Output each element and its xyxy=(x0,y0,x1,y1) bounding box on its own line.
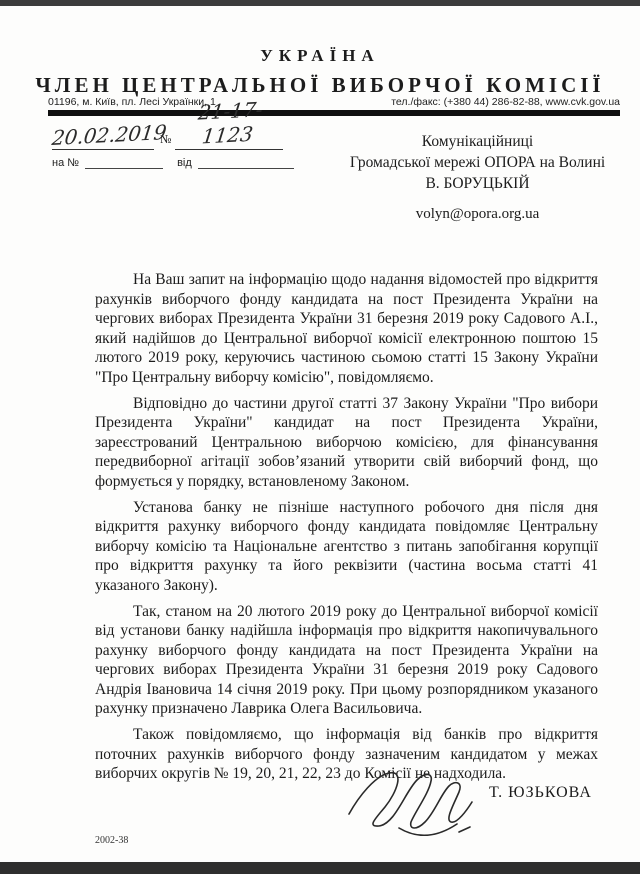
signatory-name: Т. ЮЗЬКОВА xyxy=(489,784,592,802)
reply-number-blank xyxy=(85,156,163,169)
scanned-letter-page: УКРАЇНА ЧЛЕН ЦЕНТРАЛЬНОЇ ВИБОРЧОЇ КОМІСІ… xyxy=(0,0,640,874)
outgoing-reference-block: 20.02.2019 № 21-17-1123 на № від xyxy=(52,122,312,169)
outgoing-number-line: 20.02.2019 № 21-17-1123 xyxy=(52,122,312,150)
organization-title: ЧЛЕН ЦЕНТРАЛЬНОЇ ВИБОРЧОЇ КОМІСІЇ xyxy=(0,73,640,98)
signature-scribble xyxy=(345,764,475,836)
reply-number-label: на № xyxy=(52,157,79,169)
body-paragraph: Так, станом на 20 лютого 2019 року до Це… xyxy=(95,602,598,720)
letterhead-contact-row: 01196, м. Київ, пл. Лесі Українки, 1 тел… xyxy=(48,96,620,108)
recipient-block: Комунікаційниці Громадської мережі ОПОРА… xyxy=(325,131,630,225)
top-scan-bar xyxy=(0,0,640,6)
body-paragraph: На Ваш запит на інформацію щодо надання … xyxy=(95,270,598,388)
handwritten-date: 20.02.2019 xyxy=(51,120,168,150)
recipient-email: volyn@opora.org.ua xyxy=(325,204,630,225)
reply-date-blank xyxy=(198,156,294,169)
letter-body: На Ваш запит на інформацію щодо надання … xyxy=(95,270,598,790)
bottom-scan-bar xyxy=(0,862,640,874)
reply-date-label: від xyxy=(177,157,192,169)
letterhead-divider-rule xyxy=(48,110,620,116)
body-paragraph: Установа банку не пізніше наступного роб… xyxy=(95,498,598,596)
country-title: УКРАЇНА xyxy=(0,46,640,66)
letterhead: УКРАЇНА ЧЛЕН ЦЕНТРАЛЬНОЇ ВИБОРЧОЇ КОМІСІ… xyxy=(0,46,640,98)
recipient-name: В. БОРУЦЬКІЙ xyxy=(325,173,630,194)
org-phone-website: тел./факс: (+380 44) 286-82-88, www.cvk.… xyxy=(391,96,620,108)
reply-reference-line: на № від xyxy=(52,156,312,169)
document-code: 2002-38 xyxy=(95,835,128,846)
recipient-organization: Громадської мережі ОПОРА на Волині xyxy=(325,152,630,173)
handwritten-number-field: 21-17-1123 xyxy=(175,99,283,150)
handwritten-outgoing-number: 21-17-1123 xyxy=(173,96,287,150)
signature-row: Т. ЮЗЬКОВА xyxy=(0,762,640,842)
recipient-position: Комунікаційниці xyxy=(325,131,630,152)
body-paragraph: Відповідно до частини другої статті 37 З… xyxy=(95,394,598,492)
handwritten-date-field: 20.02.2019 xyxy=(52,123,154,150)
